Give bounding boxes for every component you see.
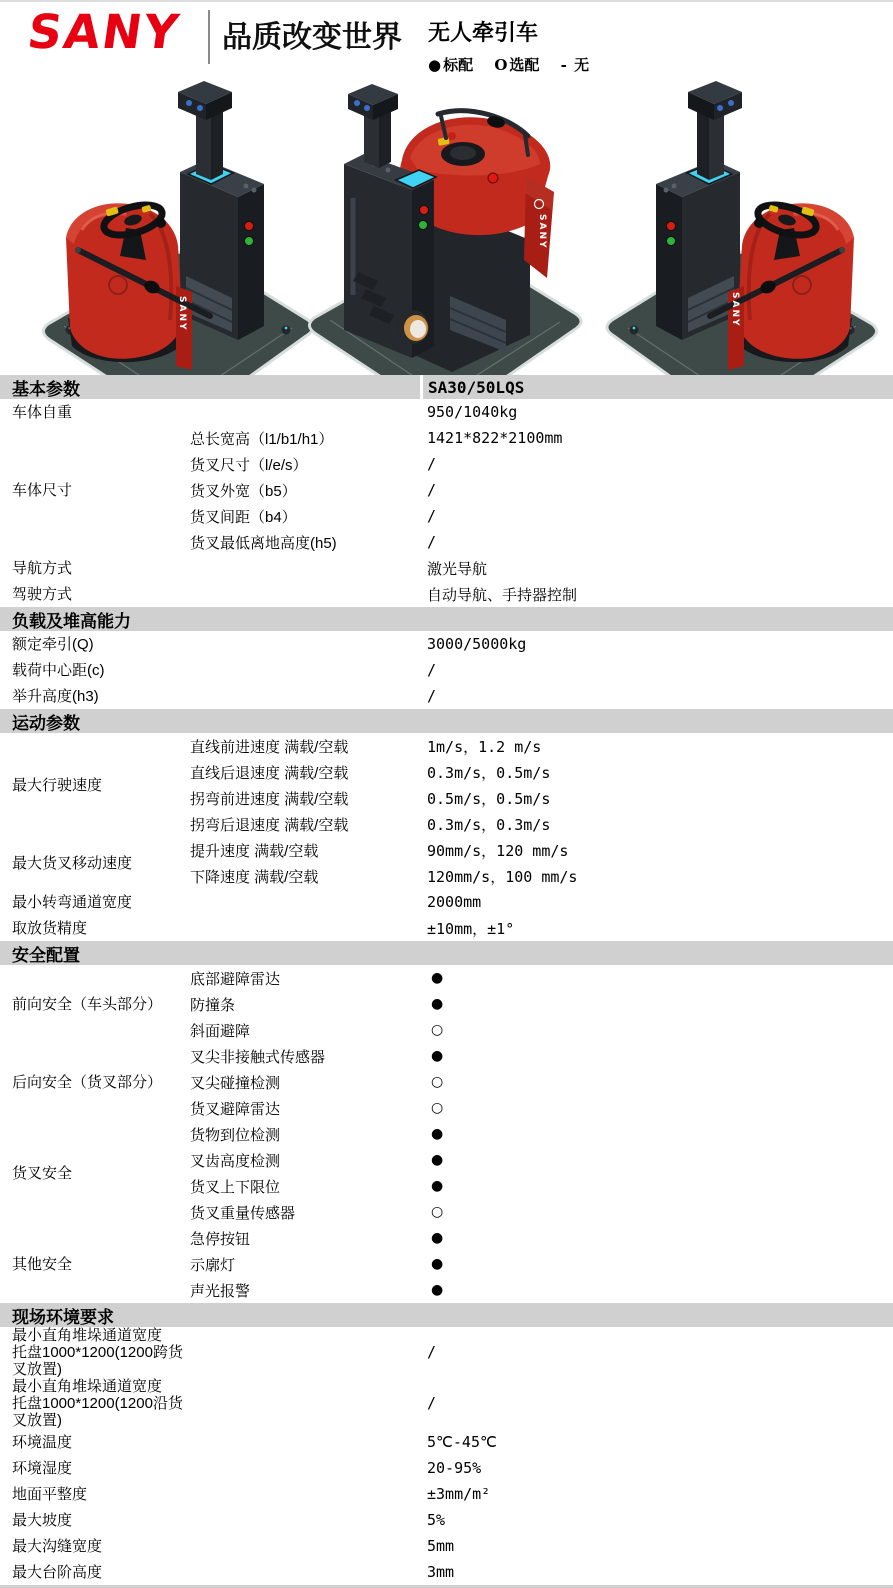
spec-value: 1421*822*2100mm bbox=[425, 429, 893, 447]
spec-sheet-page: SANY 品质改变世界 无人牵引车 ●标配 O选配 - 无 bbox=[0, 0, 893, 1588]
optional-config-dot-icon: ○ bbox=[425, 1022, 893, 1038]
spec-value: 0.5m/s，0.5m/s bbox=[425, 788, 893, 809]
spec-sub-label: 货叉尺寸（l/e/s） bbox=[190, 454, 425, 475]
spec-row: 叉尖碰撞检测○ bbox=[190, 1069, 893, 1095]
green-indicator-light bbox=[419, 221, 428, 230]
spec-row: / bbox=[190, 1327, 893, 1377]
spec-row: 3000/5000kg bbox=[190, 631, 893, 657]
spec-row: 叉尖非接触式传感器● bbox=[190, 1043, 893, 1069]
section-header-load-capacity: 负载及堆高能力 bbox=[0, 607, 893, 631]
spec-group-label: 最大沟缝宽度 bbox=[12, 1538, 102, 1555]
spec-group-label: 货叉安全 bbox=[12, 1165, 72, 1182]
standard-config-dot-icon: ● bbox=[425, 1152, 893, 1168]
spec-group-label: 最大行驶速度 bbox=[12, 777, 102, 794]
optional-config-dot-icon: ○ bbox=[425, 1204, 893, 1220]
red-indicator-light bbox=[420, 206, 429, 215]
section-title: 负载及堆高能力 bbox=[0, 607, 131, 632]
spec-group: 最大行驶速度 直线前进速度 满载/空载1m/s，1.2 m/s 直线后退速度 满… bbox=[0, 733, 893, 837]
spec-group: 取放货精度 ±10mm，±1° bbox=[0, 915, 893, 941]
optional-config-dot-icon: ○ bbox=[425, 1074, 893, 1090]
spec-row: 货叉外宽（b5）/ bbox=[190, 477, 893, 503]
spec-group: 导航方式 激光导航 bbox=[0, 555, 893, 581]
spec-row: 防撞条● bbox=[190, 991, 893, 1017]
spec-value: 0.3m/s，0.3m/s bbox=[425, 814, 893, 835]
spec-row: 斜面避障○ bbox=[190, 1017, 893, 1043]
legend-standard: ●标配 bbox=[428, 56, 473, 74]
spec-group: 地面平整度 ±3mm/m² bbox=[0, 1481, 893, 1507]
spec-group-label: 其他安全 bbox=[12, 1256, 72, 1273]
spec-value: 0.3m/s，0.5m/s bbox=[425, 762, 893, 783]
spec-group: 举升高度(h3) / bbox=[0, 683, 893, 709]
spec-sub-label: 直线前进速度 满载/空载 bbox=[190, 736, 425, 757]
spec-group-label: 后向安全（货叉部分） bbox=[12, 1074, 162, 1091]
standard-config-dot-icon: ● bbox=[425, 970, 893, 986]
spec-row: 示廓灯● bbox=[190, 1251, 893, 1277]
spec-sub-label: 直线后退速度 满载/空载 bbox=[190, 762, 425, 783]
logo-divider bbox=[208, 10, 210, 64]
spec-group-label: 举升高度(h3) bbox=[12, 688, 99, 705]
spec-value: 激光导航 bbox=[425, 558, 893, 579]
section-title: 现场环境要求 bbox=[0, 1303, 114, 1328]
spec-group-label: 最大台阶高度 bbox=[12, 1564, 102, 1581]
spec-value: 3mm bbox=[425, 1563, 893, 1581]
estop-button bbox=[488, 173, 498, 183]
spec-row: 5℃-45℃ bbox=[190, 1429, 893, 1455]
spec-group-label: 车体自重 bbox=[12, 404, 72, 421]
legend-optional-label: 选配 bbox=[509, 56, 539, 74]
spec-group: 环境湿度 20-95% bbox=[0, 1455, 893, 1481]
spec-group-label: 地面平整度 bbox=[12, 1486, 87, 1503]
spec-sub-label: 防撞条 bbox=[190, 994, 425, 1015]
standard-config-dot-icon: ● bbox=[425, 1230, 893, 1246]
spec-group: 最小直角堆垛通道宽度 托盘1000*1200(1200跨货叉放置) / bbox=[0, 1327, 893, 1378]
brand-strip-text: SANY bbox=[730, 292, 740, 328]
spec-row: 激光导航 bbox=[190, 555, 893, 581]
spec-row: 直线前进速度 满载/空载1m/s，1.2 m/s bbox=[190, 733, 893, 759]
spec-value: / bbox=[425, 1343, 893, 1361]
section-header-site-environment: 现场环境要求 bbox=[0, 1303, 893, 1327]
standard-config-dot-icon: ● bbox=[425, 1256, 893, 1272]
hollow-dot-icon: O bbox=[494, 56, 507, 74]
spec-value: ±3mm/m² bbox=[425, 1485, 893, 1503]
legend-none-label: 无 bbox=[574, 56, 589, 74]
spec-group-label: 最小直角堆垛通道宽度 托盘1000*1200(1200跨货叉放置) bbox=[12, 1327, 190, 1378]
spec-value: 120mm/s，100 mm/s bbox=[425, 866, 893, 887]
spec-sub-label: 叉齿高度检测 bbox=[190, 1150, 425, 1171]
standard-config-dot-icon: ● bbox=[425, 1282, 893, 1298]
spec-group-label: 最大坡度 bbox=[12, 1512, 72, 1529]
spec-sub-label: 底部避障雷达 bbox=[190, 968, 425, 989]
legend-standard-label: 标配 bbox=[443, 56, 473, 74]
legend-optional: O选配 bbox=[494, 56, 539, 74]
spec-row: 货叉最低离地高度(h5)/ bbox=[190, 529, 893, 555]
spec-sub-label: 货叉避障雷达 bbox=[190, 1098, 425, 1119]
section-header-safety-config: 安全配置 bbox=[0, 941, 893, 965]
spec-sub-label: 叉尖非接触式传感器 bbox=[190, 1046, 425, 1067]
section-title: 运动参数 bbox=[0, 709, 80, 734]
brand-tagline: 品质改变世界 bbox=[222, 14, 402, 62]
spec-group-label: 前向安全（车头部分） bbox=[12, 996, 162, 1013]
spec-group-label: 环境温度 bbox=[12, 1434, 72, 1451]
spec-row: 货叉尺寸（l/e/s）/ bbox=[190, 451, 893, 477]
title-block: 无人牵引车 ●标配 O选配 - 无 bbox=[428, 16, 605, 75]
spec-value: 20-95% bbox=[425, 1459, 893, 1477]
filled-dot-icon: ● bbox=[428, 56, 441, 74]
spec-row: 5% bbox=[190, 1507, 893, 1533]
spec-sub-label: 货叉重量传感器 bbox=[190, 1202, 425, 1223]
spec-group-label: 最大货叉移动速度 bbox=[12, 855, 132, 872]
spec-value: 自动导航、手持器控制 bbox=[425, 584, 893, 605]
spec-row: 货叉避障雷达○ bbox=[190, 1095, 893, 1121]
red-indicator-light bbox=[245, 222, 254, 231]
spec-row: 3mm bbox=[190, 1559, 893, 1585]
spec-row: 底部避障雷达● bbox=[190, 965, 893, 991]
spec-row: 下降速度 满载/空载120mm/s，100 mm/s bbox=[190, 863, 893, 889]
spec-row: 拐弯前进速度 满载/空载0.5m/s，0.5m/s bbox=[190, 785, 893, 811]
spec-group: 最小直角堆垛通道宽度 托盘1000*1200(1200沿货叉放置) / bbox=[0, 1378, 893, 1429]
spec-value: 5% bbox=[425, 1511, 893, 1529]
spec-group-label: 环境湿度 bbox=[12, 1460, 72, 1477]
spec-group: 最大台阶高度 3mm bbox=[0, 1559, 893, 1585]
model-header: SA30/50LQS bbox=[423, 378, 524, 397]
spec-value: / bbox=[425, 481, 893, 499]
green-indicator-light bbox=[245, 237, 254, 246]
config-legend: ●标配 O选配 - 无 bbox=[428, 54, 605, 75]
spec-group-label: 驾驶方式 bbox=[12, 586, 72, 603]
spec-group: 其他安全 急停按钮● 示廓灯● 声光报警● bbox=[0, 1225, 893, 1303]
agv-front-right-drawing bbox=[607, 81, 877, 375]
spec-row: 急停按钮● bbox=[190, 1225, 893, 1251]
standard-config-dot-icon: ● bbox=[425, 1126, 893, 1142]
spec-value: / bbox=[425, 661, 893, 679]
spec-group: 驾驶方式 自动导航、手持器控制 bbox=[0, 581, 893, 607]
product-image-front-right: SANY bbox=[600, 80, 890, 380]
product-image-rear: SANY bbox=[300, 80, 590, 380]
spec-row: 提升速度 满载/空载90mm/s，120 mm/s bbox=[190, 837, 893, 863]
spec-sub-label: 货叉上下限位 bbox=[190, 1176, 425, 1197]
spec-value: 5℃-45℃ bbox=[425, 1433, 893, 1451]
spec-value: / bbox=[425, 507, 893, 525]
spec-value: ±10mm，±1° bbox=[425, 918, 893, 939]
spec-value: / bbox=[425, 455, 893, 473]
product-title: 无人牵引车 bbox=[428, 16, 605, 47]
spec-group: 环境温度 5℃-45℃ bbox=[0, 1429, 893, 1455]
product-images-row: SANY bbox=[0, 80, 893, 375]
spec-value: 2000mm bbox=[425, 893, 893, 911]
spec-sub-label: 货叉间距（b4） bbox=[190, 506, 425, 527]
spec-row: 叉齿高度检测● bbox=[190, 1147, 893, 1173]
spec-sub-label: 货物到位检测 bbox=[190, 1124, 425, 1145]
spec-row: ±3mm/m² bbox=[190, 1481, 893, 1507]
spec-value: / bbox=[425, 687, 893, 705]
spec-group: 最大沟缝宽度 5mm bbox=[0, 1533, 893, 1559]
spec-row: 货叉上下限位● bbox=[190, 1173, 893, 1199]
section-header-motion-params: 运动参数 bbox=[0, 709, 893, 733]
spec-row: / bbox=[190, 683, 893, 709]
product-image-front-left: SANY bbox=[30, 80, 320, 380]
spec-sub-label: 提升速度 满载/空载 bbox=[190, 840, 425, 861]
legend-none: - 无 bbox=[561, 56, 589, 74]
optional-config-dot-icon: ○ bbox=[425, 1100, 893, 1116]
spec-sub-label: 叉尖碰撞检测 bbox=[190, 1072, 425, 1093]
spec-group-label: 车体尺寸 bbox=[12, 482, 72, 499]
spec-group-label: 最小转弯通道宽度 bbox=[12, 894, 132, 911]
spec-group: 车体尺寸 总长宽高（l1/b1/h1）1421*822*2100mm 货叉尺寸（… bbox=[0, 425, 893, 555]
spec-sub-label: 货叉外宽（b5） bbox=[190, 480, 425, 501]
standard-config-dot-icon: ● bbox=[425, 1178, 893, 1194]
spec-value: 5mm bbox=[425, 1537, 893, 1555]
spec-row: 20-95% bbox=[190, 1455, 893, 1481]
spec-sub-label: 下降速度 满载/空载 bbox=[190, 866, 425, 887]
spec-row: 货叉重量传感器○ bbox=[190, 1199, 893, 1225]
brand-strip-text: SANY bbox=[177, 296, 187, 332]
spec-group: 额定牵引(Q) 3000/5000kg bbox=[0, 631, 893, 657]
spec-value: 90mm/s，120 mm/s bbox=[425, 840, 893, 861]
spec-sub-label: 拐弯前进速度 满载/空载 bbox=[190, 788, 425, 809]
spec-group-label: 导航方式 bbox=[12, 560, 72, 577]
spec-sub-label: 声光报警 bbox=[190, 1280, 425, 1301]
spec-group: 货叉安全 货物到位检测● 叉齿高度检测● 货叉上下限位● 货叉重量传感器○ bbox=[0, 1121, 893, 1225]
spec-row: 自动导航、手持器控制 bbox=[190, 581, 893, 607]
spec-sub-label: 急停按钮 bbox=[190, 1228, 425, 1249]
spec-row: 950/1040kg bbox=[190, 399, 893, 425]
spec-row: 直线后退速度 满载/空载0.3m/s，0.5m/s bbox=[190, 759, 893, 785]
spec-group: 前向安全（车头部分） 底部避障雷达● 防撞条● 斜面避障○ bbox=[0, 965, 893, 1043]
spec-row: 5mm bbox=[190, 1533, 893, 1559]
spec-row: / bbox=[190, 1378, 893, 1428]
dash-icon: - bbox=[561, 56, 567, 74]
spec-group: 后向安全（货叉部分） 叉尖非接触式传感器● 叉尖碰撞检测○ 货叉避障雷达○ bbox=[0, 1043, 893, 1121]
sany-logo: SANY bbox=[24, 6, 183, 60]
spec-value: / bbox=[425, 533, 893, 551]
section-title: 安全配置 bbox=[0, 941, 80, 966]
spec-sub-label: 示廓灯 bbox=[190, 1254, 425, 1275]
spec-group: 最小转弯通道宽度 2000mm bbox=[0, 889, 893, 915]
spec-sub-label: 总长宽高（l1/b1/h1） bbox=[190, 428, 425, 449]
spec-row: / bbox=[190, 657, 893, 683]
spec-value: 1m/s，1.2 m/s bbox=[425, 736, 893, 757]
spec-row: 声光报警● bbox=[190, 1277, 893, 1303]
spec-group: 载荷中心距(c) / bbox=[0, 657, 893, 683]
spec-group-label: 载荷中心距(c) bbox=[12, 662, 105, 679]
spec-group: 最大货叉移动速度 提升速度 满载/空载90mm/s，120 mm/s 下降速度 … bbox=[0, 837, 893, 889]
spec-sub-label: 斜面避障 bbox=[190, 1020, 425, 1041]
spec-group-label: 额定牵引(Q) bbox=[12, 636, 94, 653]
spec-group-label: 取放货精度 bbox=[12, 920, 87, 937]
spec-table: 基本参数 SA30/50LQS 车体自重 950/1040kg 车体尺寸 总长宽… bbox=[0, 375, 893, 1585]
spec-row: ±10mm，±1° bbox=[190, 915, 893, 941]
brand-strip-text: SANY bbox=[537, 214, 547, 250]
spec-row: 货物到位检测● bbox=[190, 1121, 893, 1147]
spec-sub-label: 货叉最低离地高度(h5) bbox=[190, 532, 425, 553]
spec-row: 拐弯后退速度 满载/空载0.3m/s，0.3m/s bbox=[190, 811, 893, 837]
spec-row: 2000mm bbox=[190, 889, 893, 915]
spec-group: 最大坡度 5% bbox=[0, 1507, 893, 1533]
standard-config-dot-icon: ● bbox=[425, 996, 893, 1012]
spec-row: 货叉间距（b4）/ bbox=[190, 503, 893, 529]
standard-config-dot-icon: ● bbox=[425, 1048, 893, 1064]
spec-sub-label: 拐弯后退速度 满载/空载 bbox=[190, 814, 425, 835]
spec-group-label: 最小直角堆垛通道宽度 托盘1000*1200(1200沿货叉放置) bbox=[12, 1378, 190, 1429]
spec-row: 总长宽高（l1/b1/h1）1421*822*2100mm bbox=[190, 425, 893, 451]
spec-value: 3000/5000kg bbox=[425, 635, 893, 653]
spec-value: 950/1040kg bbox=[425, 403, 893, 421]
spec-value: / bbox=[425, 1394, 893, 1412]
header: SANY 品质改变世界 无人牵引车 ●标配 O选配 - 无 bbox=[0, 2, 893, 80]
spec-group: 车体自重 950/1040kg bbox=[0, 399, 893, 425]
